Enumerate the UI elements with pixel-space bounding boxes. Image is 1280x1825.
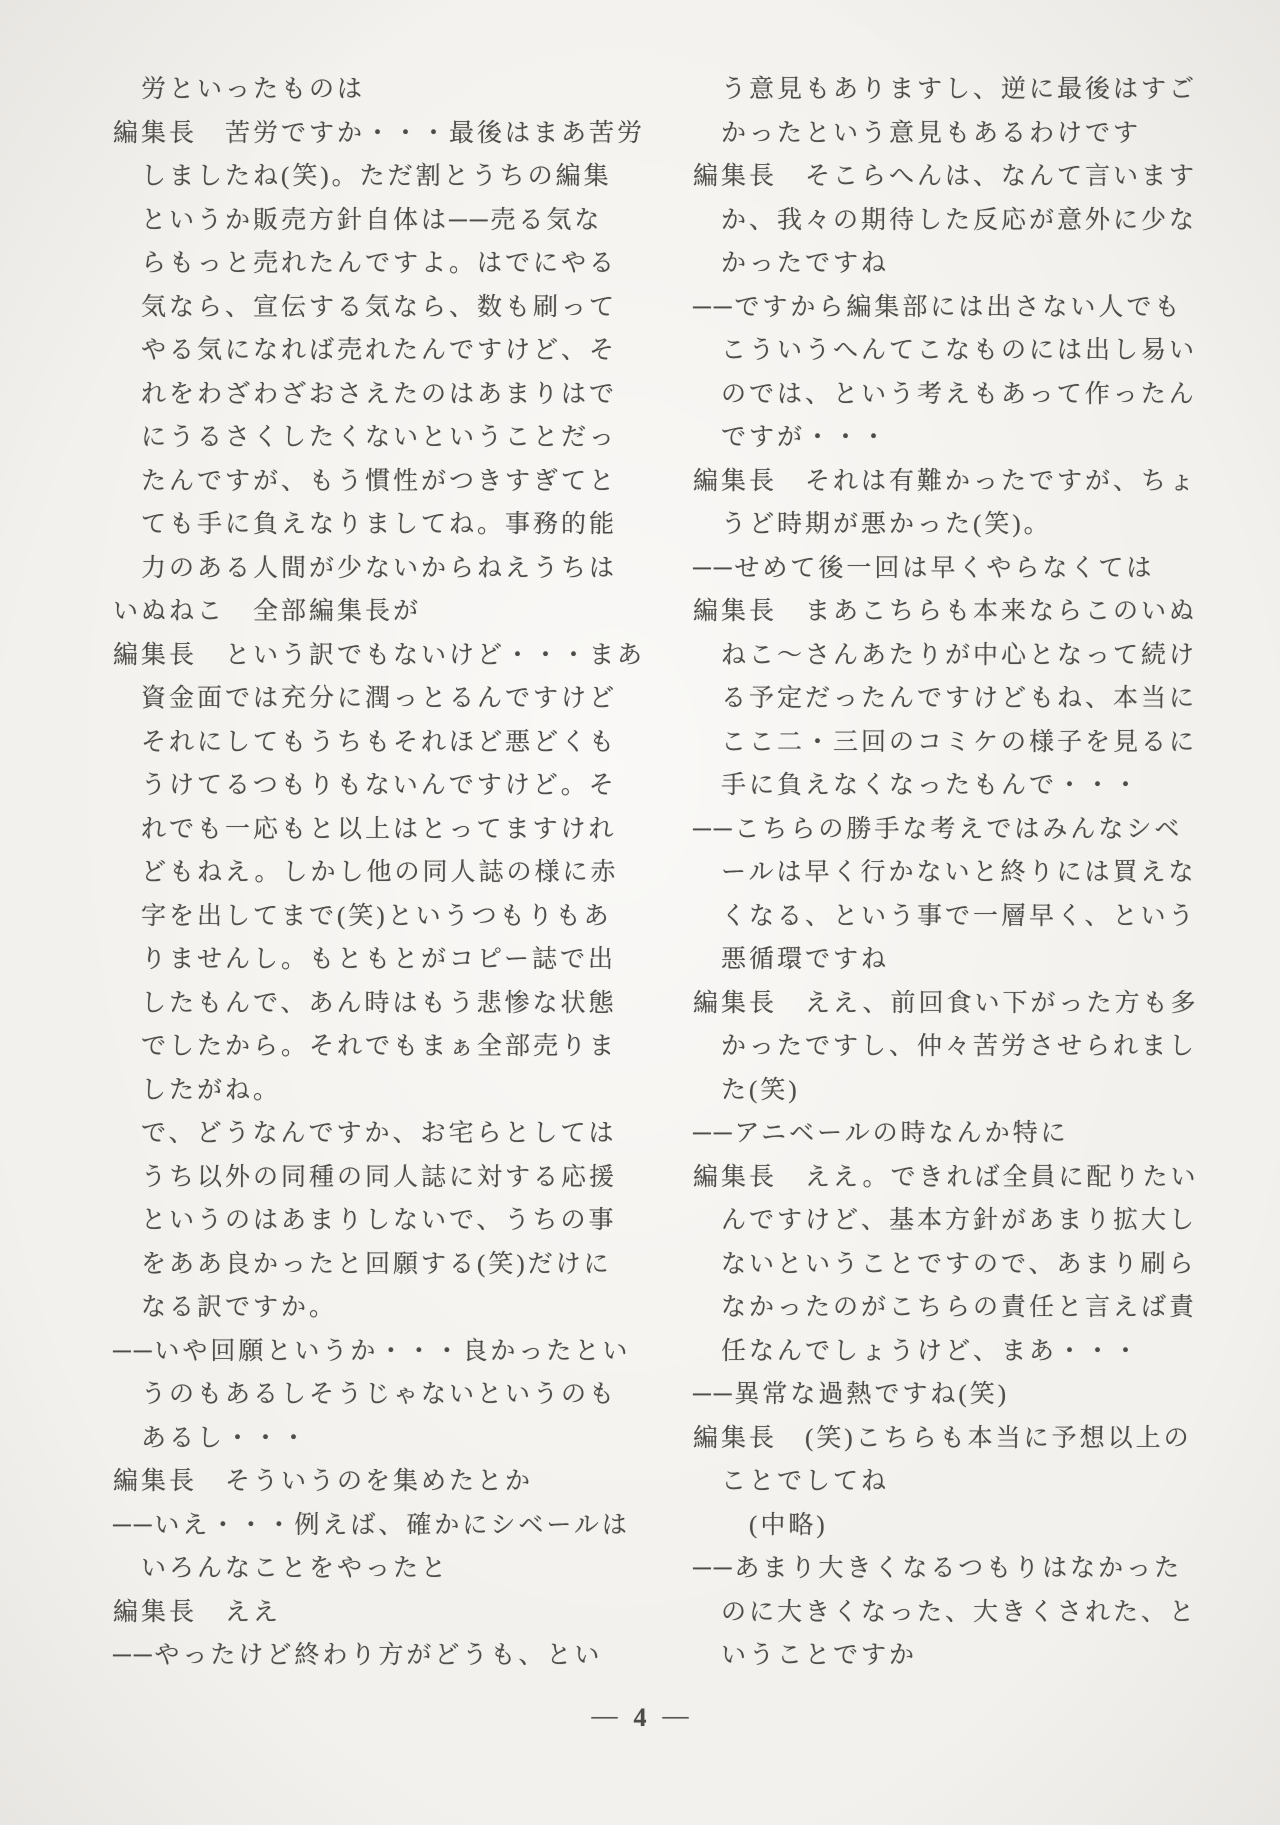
text-line: いぬねこ 全部編集長が bbox=[113, 590, 646, 634]
text-line: ──いえ・・・例えば、確かにシベールは bbox=[113, 1504, 646, 1548]
text-line: 編集長 そういうのを集めたとか bbox=[113, 1460, 646, 1504]
text-line: 編集長 ええ、前回食い下がった方も多 bbox=[693, 982, 1226, 1026]
text-line: ──異常な過熱ですね(笑) bbox=[693, 1373, 1226, 1417]
text-line: ──アニベールの時なんか特に bbox=[693, 1112, 1226, 1156]
text-line: ここ二・三回のコミケの様子を見るに bbox=[693, 721, 1226, 765]
text-line: やる気になれば売れたんですけど、そ bbox=[113, 329, 646, 373]
text-line: 労といったものは bbox=[113, 68, 646, 112]
text-line: をああ良かったと回願する(笑)だけに bbox=[113, 1243, 646, 1287]
text-line: くなる、という事で一層早く、という bbox=[693, 895, 1226, 939]
text-line: 悪循環ですね bbox=[693, 938, 1226, 982]
text-line: 編集長 (笑)こちらも本当に予想以上の bbox=[693, 1417, 1226, 1461]
text-line: しましたね(笑)。ただ割とうちの編集 bbox=[113, 155, 646, 199]
text-line: なかったのがこちらの責任と言えば責 bbox=[693, 1286, 1226, 1330]
text-line: うけてるつもりもないんですけど。そ bbox=[113, 764, 646, 808]
text-line: う意見もありますし、逆に最後はすご bbox=[693, 68, 1226, 112]
page-number-footer: ―4― bbox=[0, 1700, 1280, 1736]
text-line: かったですね bbox=[693, 242, 1226, 286]
text-line: ──せめて後一回は早くやらなくては bbox=[693, 547, 1226, 591]
left-text-column: 労といったものは編集長 苦労ですか・・・最後はまあ苦労しましたね(笑)。ただ割と… bbox=[113, 68, 646, 1678]
text-line: ──こちらの勝手な考えではみんなシベ bbox=[693, 808, 1226, 852]
text-line: いろんなことをやったと bbox=[113, 1547, 646, 1591]
text-line: でしたから。それでもまぁ全部売りま bbox=[113, 1025, 646, 1069]
text-line: うち以外の同種の同人誌に対する応援 bbox=[113, 1156, 646, 1200]
text-line: る予定だったんですけどもね、本当に bbox=[693, 677, 1226, 721]
text-line: か、我々の期待した反応が意外に少な bbox=[693, 199, 1226, 243]
text-line: ──あまり大きくなるつもりはなかった bbox=[693, 1547, 1226, 1591]
page-number: 4 bbox=[634, 1700, 647, 1736]
text-line: たんですが、もう慣性がつきすぎてと bbox=[113, 460, 646, 504]
text-line: ないということですので、あまり刷ら bbox=[693, 1243, 1226, 1287]
text-line: かったという意見もあるわけです bbox=[693, 112, 1226, 156]
text-line: で、どうなんですか、お宅らとしては bbox=[113, 1112, 646, 1156]
scanned-document-page: 労といったものは編集長 苦労ですか・・・最後はまあ苦労しましたね(笑)。ただ割と… bbox=[0, 0, 1280, 1825]
text-line: したがね。 bbox=[113, 1069, 646, 1113]
text-line: れをわざわざおさえたのはあまりはで bbox=[113, 373, 646, 417]
footer-left-dash: ― bbox=[592, 1698, 618, 1734]
text-line: かったですし、仲々苦労させられまし bbox=[693, 1025, 1226, 1069]
text-line: なる訳ですか。 bbox=[113, 1286, 646, 1330]
text-line: ねこ～さんあたりが中心となって続け bbox=[693, 634, 1226, 678]
text-line: ても手に負えなりましてね。事務的能 bbox=[113, 503, 646, 547]
text-line: りませんし。もともとがコピー誌で出 bbox=[113, 938, 646, 982]
text-line: ──いや回願というか・・・良かったとい bbox=[113, 1330, 646, 1374]
text-line: 力のある人間が少ないからねえうちは bbox=[113, 547, 646, 591]
text-line: 編集長 という訳でもないけど・・・まあ bbox=[113, 634, 646, 678]
text-line: ──ですから編集部には出さない人でも bbox=[693, 286, 1226, 330]
text-line: 編集長 それは有難かったですが、ちょ bbox=[693, 460, 1226, 504]
text-line: うど時期が悪かった(笑)。 bbox=[693, 503, 1226, 547]
text-line: 編集長 そこらへんは、なんて言います bbox=[693, 155, 1226, 199]
text-line: ですが・・・ bbox=[693, 416, 1226, 460]
text-line: 編集長 まあこちらも本来ならこのいぬ bbox=[693, 590, 1226, 634]
footer-right-dash: ― bbox=[663, 1698, 689, 1734]
text-line: それにしてもうちもそれほど悪どくも bbox=[113, 721, 646, 765]
text-line: したもんで、あん時はもう悲惨な状態 bbox=[113, 982, 646, 1026]
text-line: 手に負えなくなったもんで・・・ bbox=[693, 764, 1226, 808]
text-line: 編集長 ええ。できれば全員に配りたい bbox=[693, 1156, 1226, 1200]
text-line: うのもあるしそうじゃないというのも bbox=[113, 1373, 646, 1417]
text-line: というのはあまりしないで、うちの事 bbox=[113, 1199, 646, 1243]
text-columns: 労といったものは編集長 苦労ですか・・・最後はまあ苦労しましたね(笑)。ただ割と… bbox=[113, 68, 1226, 1678]
text-line: ールは早く行かないと終りには買えな bbox=[693, 851, 1226, 895]
text-line: 編集長 苦労ですか・・・最後はまあ苦労 bbox=[113, 112, 646, 156]
text-line: んですけど、基本方針があまり拡大し bbox=[693, 1199, 1226, 1243]
text-line: (中略) bbox=[693, 1504, 1226, 1548]
text-line: のでは、という考えもあって作ったん bbox=[693, 373, 1226, 417]
text-line: 資金面では充分に潤っとるんですけど bbox=[113, 677, 646, 721]
text-line: というか販売方針自体は──売る気な bbox=[113, 199, 646, 243]
text-line: あるし・・・ bbox=[113, 1417, 646, 1461]
text-line: た(笑) bbox=[693, 1069, 1226, 1113]
text-line: ことでしてね bbox=[693, 1460, 1226, 1504]
text-line: こういうへんてこなものには出し易い bbox=[693, 329, 1226, 373]
text-line: にうるさくしたくないということだっ bbox=[113, 416, 646, 460]
text-line: れでも一応もと以上はとってますけれ bbox=[113, 808, 646, 852]
text-line: 気なら、宣伝する気なら、数も刷って bbox=[113, 286, 646, 330]
text-line: いうことですか bbox=[693, 1634, 1226, 1678]
text-line: どもねえ。しかし他の同人誌の様に赤 bbox=[113, 851, 646, 895]
text-line: ──やったけど終わり方がどうも、とい bbox=[113, 1634, 646, 1678]
right-text-column: う意見もありますし、逆に最後はすごかったという意見もあるわけです編集長 そこらへ… bbox=[693, 68, 1226, 1678]
text-line: 編集長 ええ bbox=[113, 1591, 646, 1635]
text-line: らもっと売れたんですよ。はでにやる bbox=[113, 242, 646, 286]
text-line: 字を出してまで(笑)というつもりもあ bbox=[113, 895, 646, 939]
text-line: 任なんでしょうけど、まあ・・・ bbox=[693, 1330, 1226, 1374]
text-line: のに大きくなった、大きくされた、と bbox=[693, 1591, 1226, 1635]
